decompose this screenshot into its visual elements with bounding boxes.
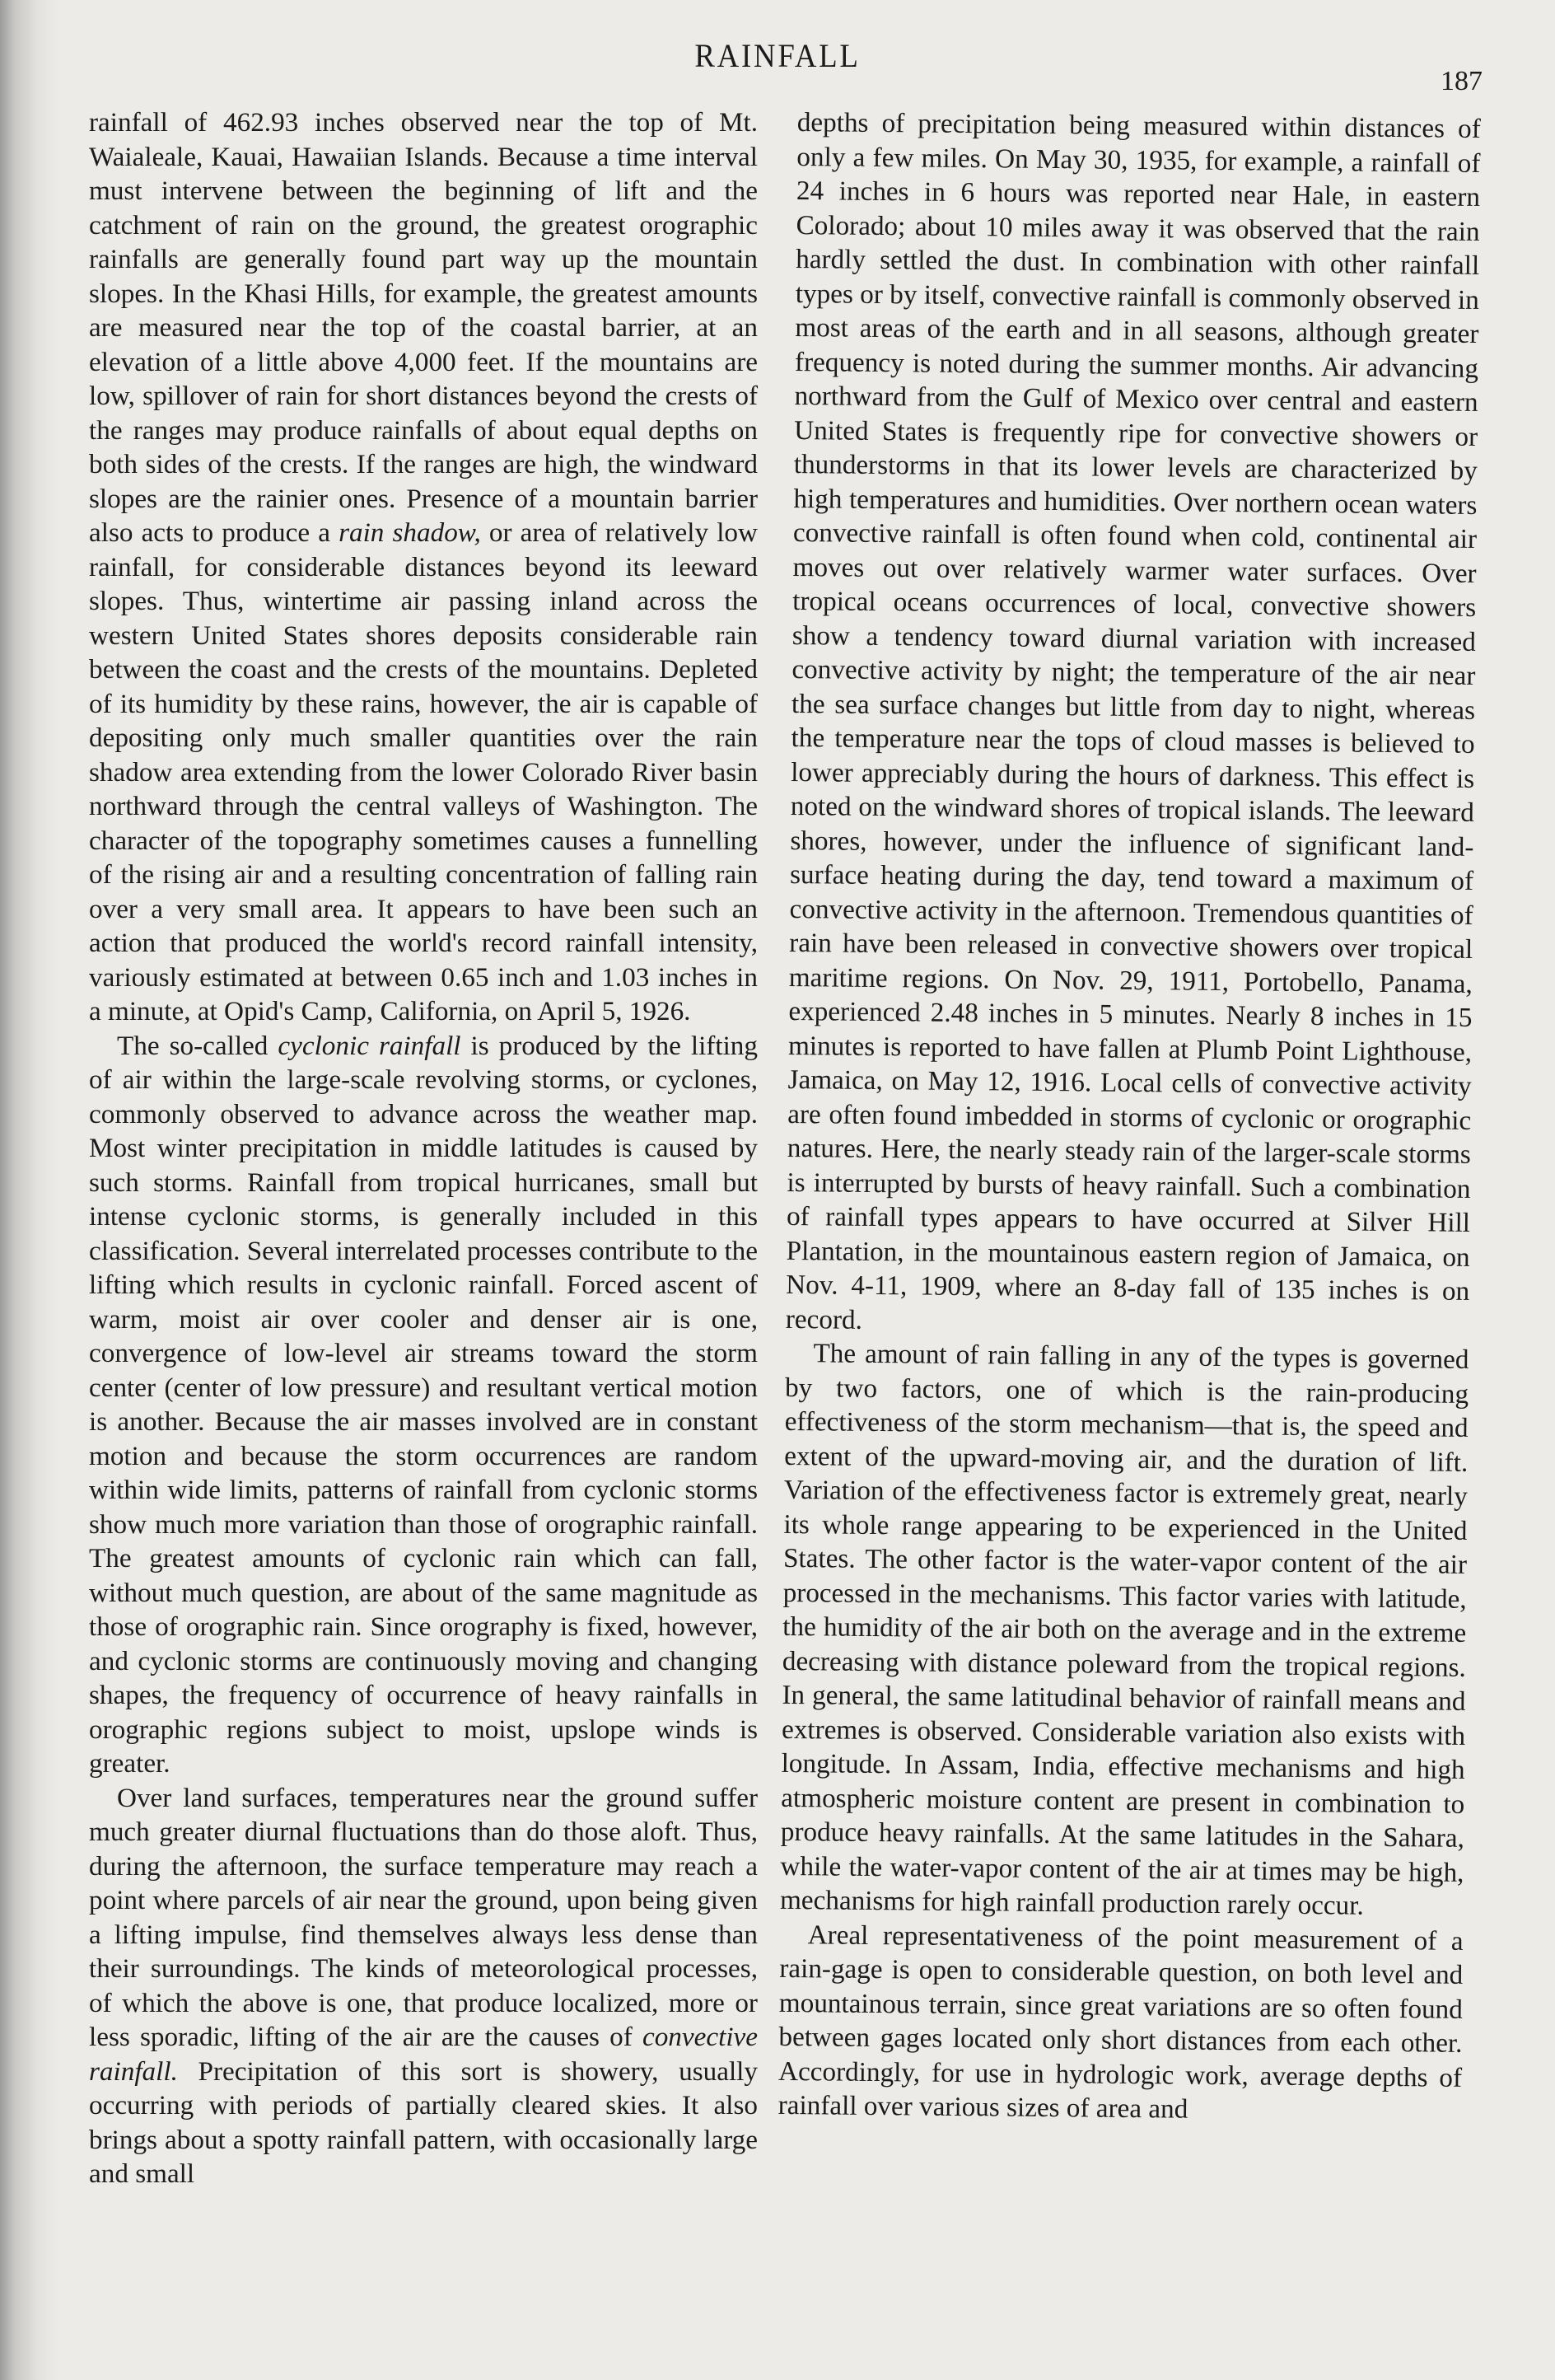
text-run: The amount of rain falling in any of the… bbox=[780, 1338, 1469, 1920]
paragraph: The amount of rain falling in any of the… bbox=[780, 1336, 1469, 1924]
running-head: RAINFALL bbox=[63, 36, 1493, 75]
page-number: 187 bbox=[1441, 66, 1483, 97]
italic-term-cyclonic-rainfall: cyclonic rainfall bbox=[278, 1031, 460, 1061]
text-run: depths of precipitation being measured w… bbox=[786, 107, 1481, 1335]
paragraph: Over land surfaces, temperatures near th… bbox=[89, 1781, 758, 2191]
text-run: is produced by the lifting of air within… bbox=[89, 1031, 758, 1779]
text-run: The so-called bbox=[117, 1031, 278, 1061]
paragraph: Areal representativeness of the point me… bbox=[777, 1917, 1463, 2129]
paragraph: The so-called cyclonic rainfall is produ… bbox=[89, 1029, 758, 1781]
paragraph: rainfall of 462.93 inches observed near … bbox=[89, 105, 758, 1029]
right-column: depths of precipitation being measured w… bbox=[777, 105, 1480, 2129]
text-run: Precipitation of this sort is showery, u… bbox=[89, 2056, 758, 2190]
book-page: RAINFALL 187 rainfall of 462.93 inches o… bbox=[0, 0, 1555, 2380]
text-run: Areal representativeness of the point me… bbox=[778, 1919, 1464, 2125]
text-run: or area of relatively low rainfall, for … bbox=[89, 517, 758, 1026]
paragraph: depths of precipitation being measured w… bbox=[786, 105, 1481, 1343]
text-run: Over land surfaces, temperatures near th… bbox=[89, 1783, 758, 2053]
text-run: rainfall of 462.93 inches observed near … bbox=[89, 107, 758, 548]
italic-term-rain-shadow: rain shadow, bbox=[339, 517, 481, 548]
left-column: rainfall of 462.93 inches observed near … bbox=[89, 105, 758, 2191]
